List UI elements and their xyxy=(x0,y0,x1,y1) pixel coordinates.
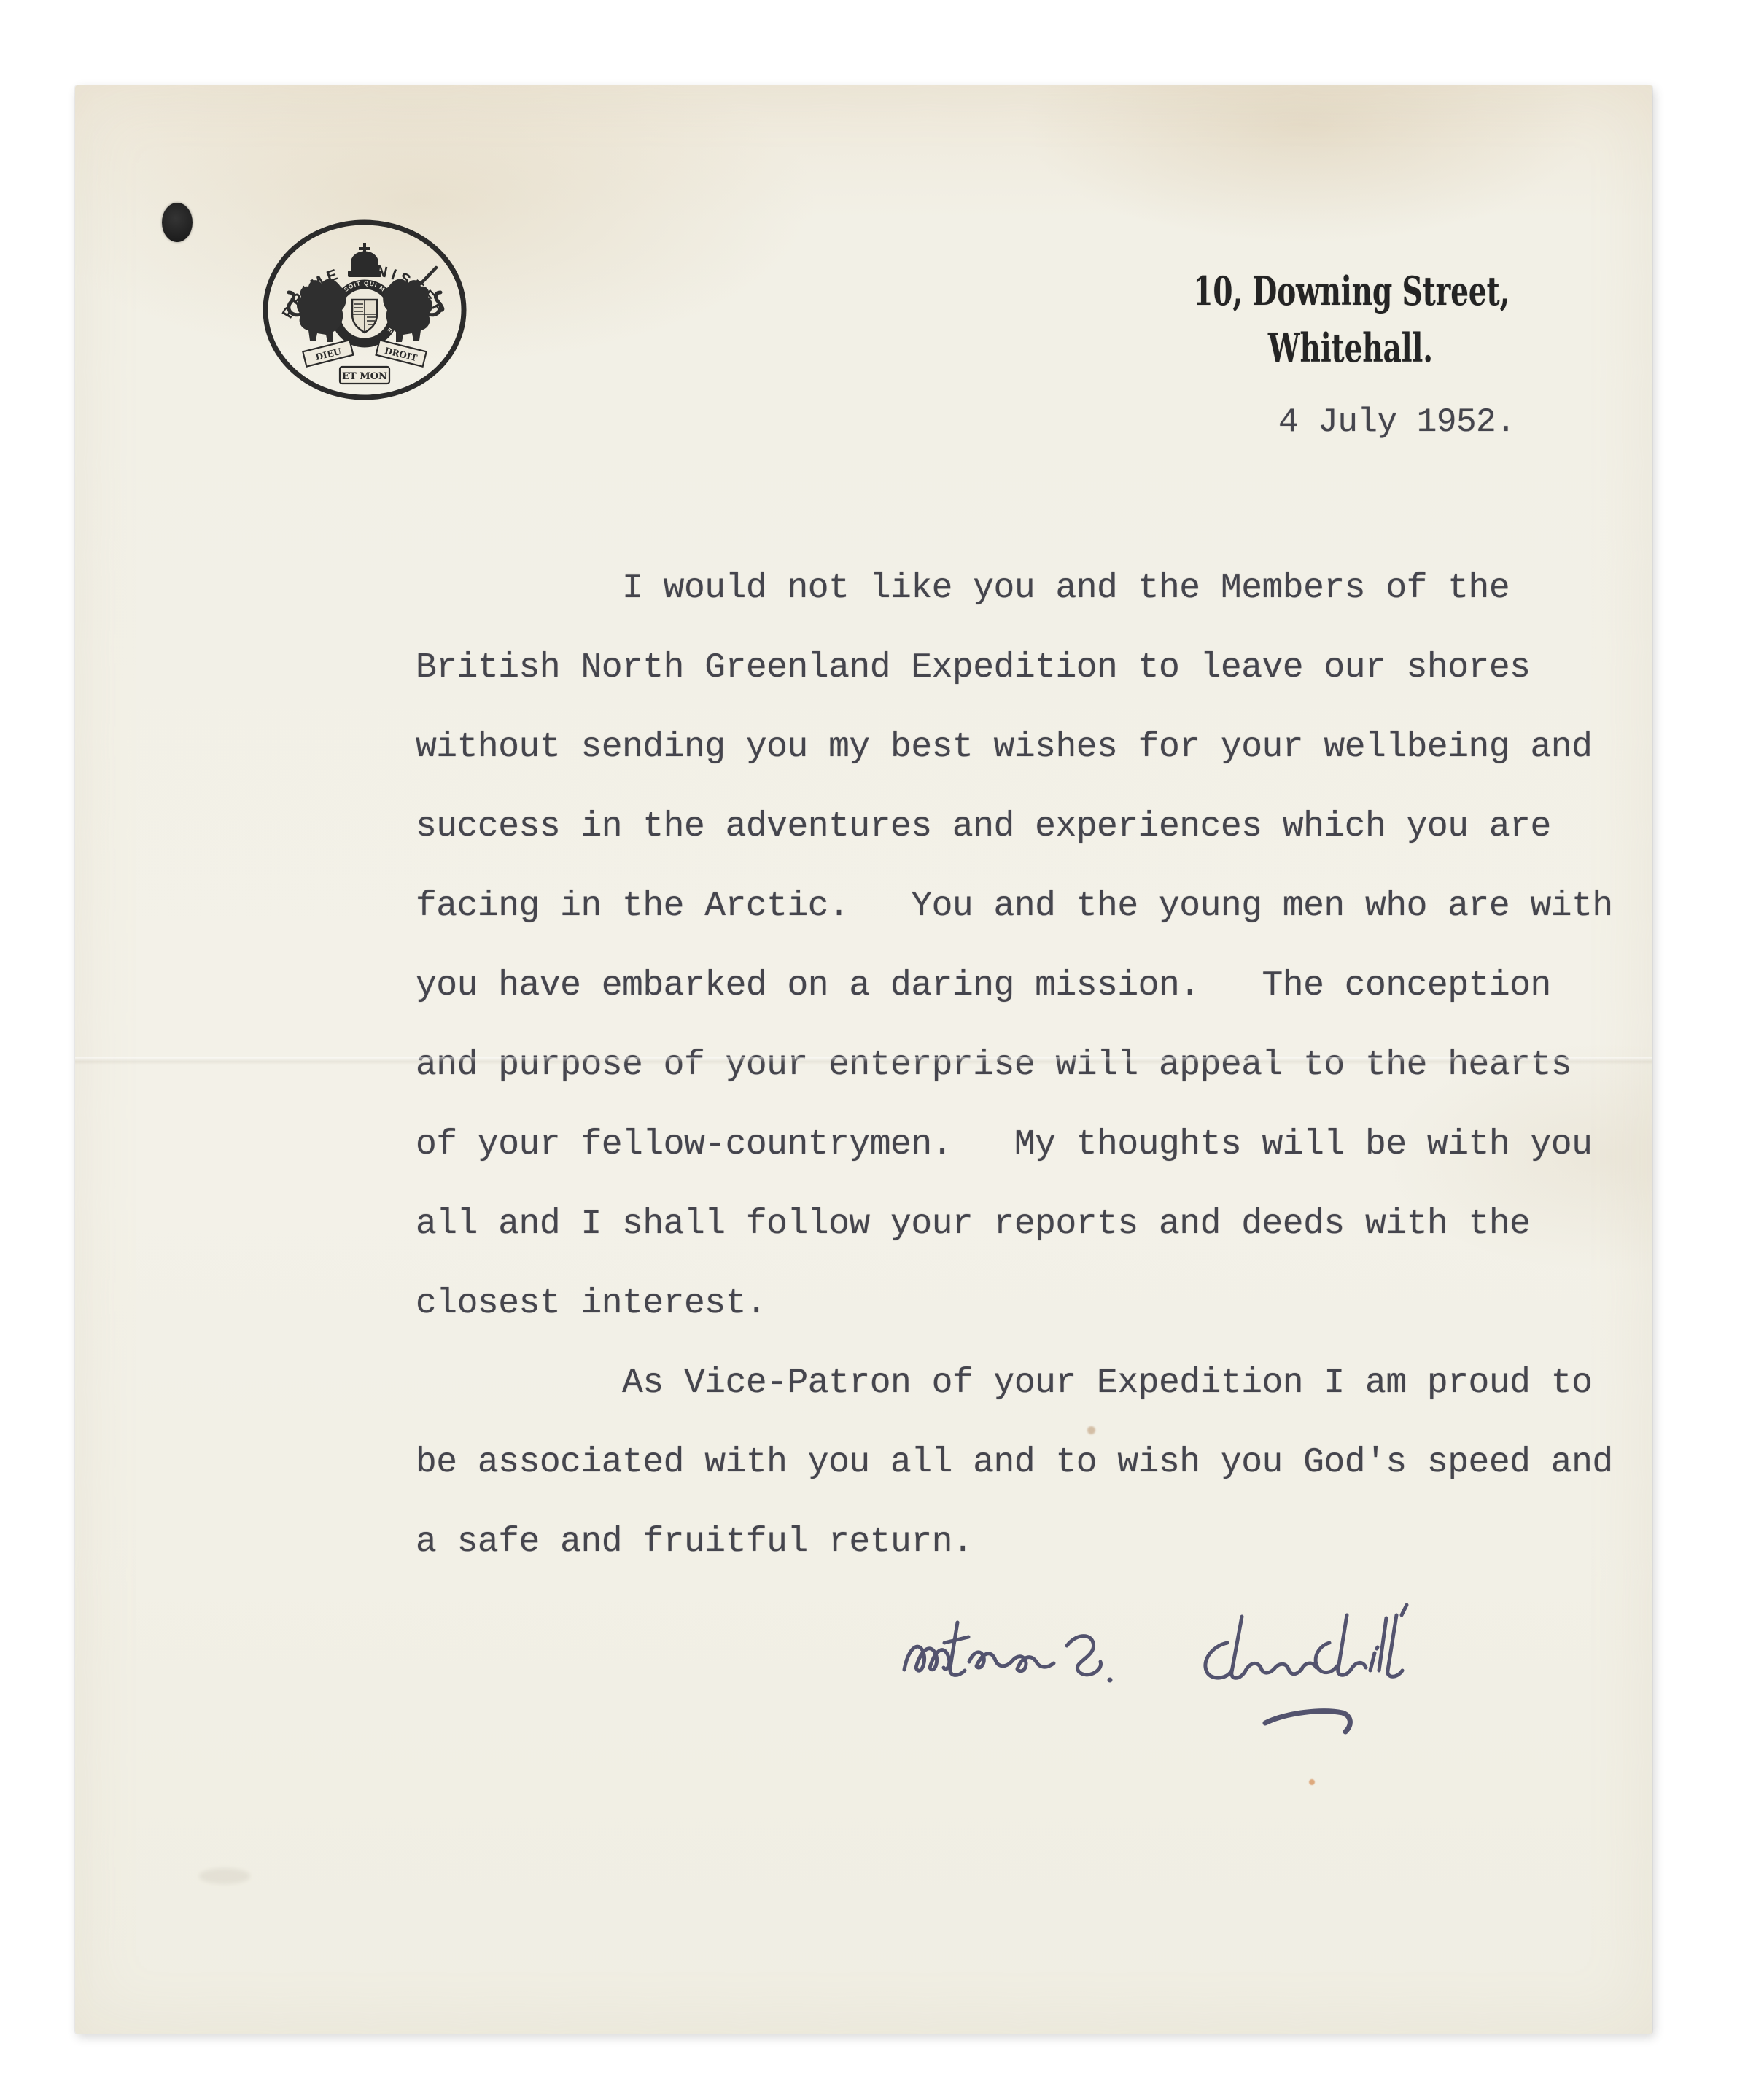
signature-stroke xyxy=(1379,1618,1386,1671)
signature-stroke xyxy=(1338,1615,1366,1675)
signature-stroke xyxy=(969,1652,1054,1671)
typed-line: facing in the Arctic. You and the young … xyxy=(416,867,1613,946)
fold-crease-line xyxy=(75,1057,1652,1065)
signature-autograph: Winston S. Churchill xyxy=(819,1573,1475,1748)
signature-stroke xyxy=(1370,1653,1375,1671)
typed-line: success in the adventures and experience… xyxy=(416,787,1613,867)
signature-stroke xyxy=(1402,1605,1407,1615)
signature-stroke xyxy=(1377,1647,1378,1649)
stain-smudge xyxy=(199,1868,250,1884)
signature-stroke xyxy=(1067,1636,1101,1675)
signature-stroke xyxy=(1205,1643,1232,1678)
banner-center: ET MON xyxy=(340,367,389,384)
typed-line: without sending you my best wishes for y… xyxy=(416,708,1613,787)
signature-stroke xyxy=(950,1622,965,1675)
letter-body: I would not like you and the Members of … xyxy=(416,549,1613,1582)
address-line-1: 10, Downing Street, xyxy=(1132,262,1569,319)
typed-line: British North Greenland Expedition to le… xyxy=(416,629,1613,708)
crown-icon xyxy=(348,243,381,277)
signature-stroke xyxy=(904,1646,949,1671)
typed-line: As Vice-Patron of your Expedition I am p… xyxy=(416,1344,1613,1423)
typed-line: and purpose of your enterprise will appe… xyxy=(416,1026,1613,1105)
letterhead-block: 10, Downing Street, Whitehall. xyxy=(1132,262,1569,376)
royal-arms: HONI SOIT QUI MAL Y PENSE xyxy=(289,243,440,384)
typed-line: you have embarked on a daring mission. T… xyxy=(416,946,1613,1026)
typed-line: of your fellow-countrymen. My thoughts w… xyxy=(416,1105,1613,1185)
stain-speck xyxy=(1087,1426,1095,1434)
typed-line: I would not like you and the Members of … xyxy=(416,549,1613,629)
typed-line: be associated with you all and to wish y… xyxy=(416,1423,1613,1503)
prime-minister-seal: PRIME MINISTER PRIME MINISTER HONI SOIT … xyxy=(259,217,470,403)
typed-line: a safe and fruitful return. xyxy=(416,1503,1613,1582)
page-background: PRIME MINISTER PRIME MINISTER HONI SOIT … xyxy=(0,0,1756,2100)
date-line: 4 July 1952. xyxy=(1278,403,1515,441)
signature-stroke xyxy=(1232,1617,1316,1678)
letter-paper: PRIME MINISTER PRIME MINISTER HONI SOIT … xyxy=(75,85,1652,2034)
typed-line: all and I shall follow your reports and … xyxy=(416,1185,1613,1264)
punch-hole xyxy=(162,203,193,242)
banner-right: DROIT xyxy=(376,340,427,366)
stain-speck xyxy=(1309,1779,1315,1785)
typed-line: closest interest. xyxy=(416,1264,1613,1344)
signature-stroke xyxy=(1316,1643,1337,1673)
banner-left: DIEU xyxy=(303,340,353,366)
signature-stroke xyxy=(1388,1615,1402,1676)
svg-text:ET MON: ET MON xyxy=(342,371,387,382)
signature-underline-flourish xyxy=(1265,1711,1350,1732)
address-line-2: Whitehall. xyxy=(1132,319,1569,376)
